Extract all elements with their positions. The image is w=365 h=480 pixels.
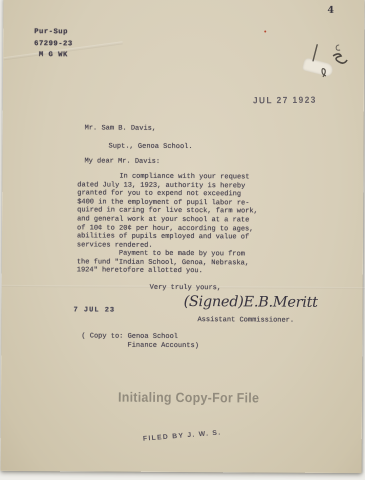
- letter-page: Pur-Sup 67299-23 M G WK 4 JUL 27 1923 Mr…: [1, 0, 365, 473]
- outgoing-date-stamp: 7 JUL 23: [74, 306, 116, 315]
- closing-line: Very truly yours,: [150, 284, 221, 293]
- signature-stamp: (Signed)E.B.Meritt: [184, 294, 318, 311]
- file-classification-stamp: Pur-Sup 67299-23 M G WK: [34, 27, 73, 62]
- salutation: My dear Mr. Davis:: [84, 157, 160, 166]
- copy-distribution-note: ( Copy to: Genoa School Finance Accounts…: [81, 332, 199, 351]
- received-date-stamp: JUL 27 1923: [253, 95, 317, 106]
- signature-title: Assistant Commissioner.: [197, 316, 294, 325]
- recipient-title: Supt., Genoa School.: [109, 143, 193, 152]
- scanned-letter-screenshot: { "document": { "file_stamp": "Pur-Sup\n…: [0, 0, 365, 480]
- recipient-name: Mr. Sam B. Davis,: [85, 124, 156, 133]
- body-paragraph-1: In compliance with your request dated Ju…: [77, 172, 258, 250]
- pencil-marks-icon: [306, 39, 351, 89]
- filed-by-stamp: FILED BY J. W. S.: [143, 429, 222, 442]
- body-paragraph-2: Payment to be made by you from the fund …: [77, 249, 249, 276]
- initialing-copy-stamp: Initialing Copy-For File: [118, 390, 259, 406]
- paper-speck: [264, 30, 266, 32]
- page-number: 4: [327, 5, 334, 16]
